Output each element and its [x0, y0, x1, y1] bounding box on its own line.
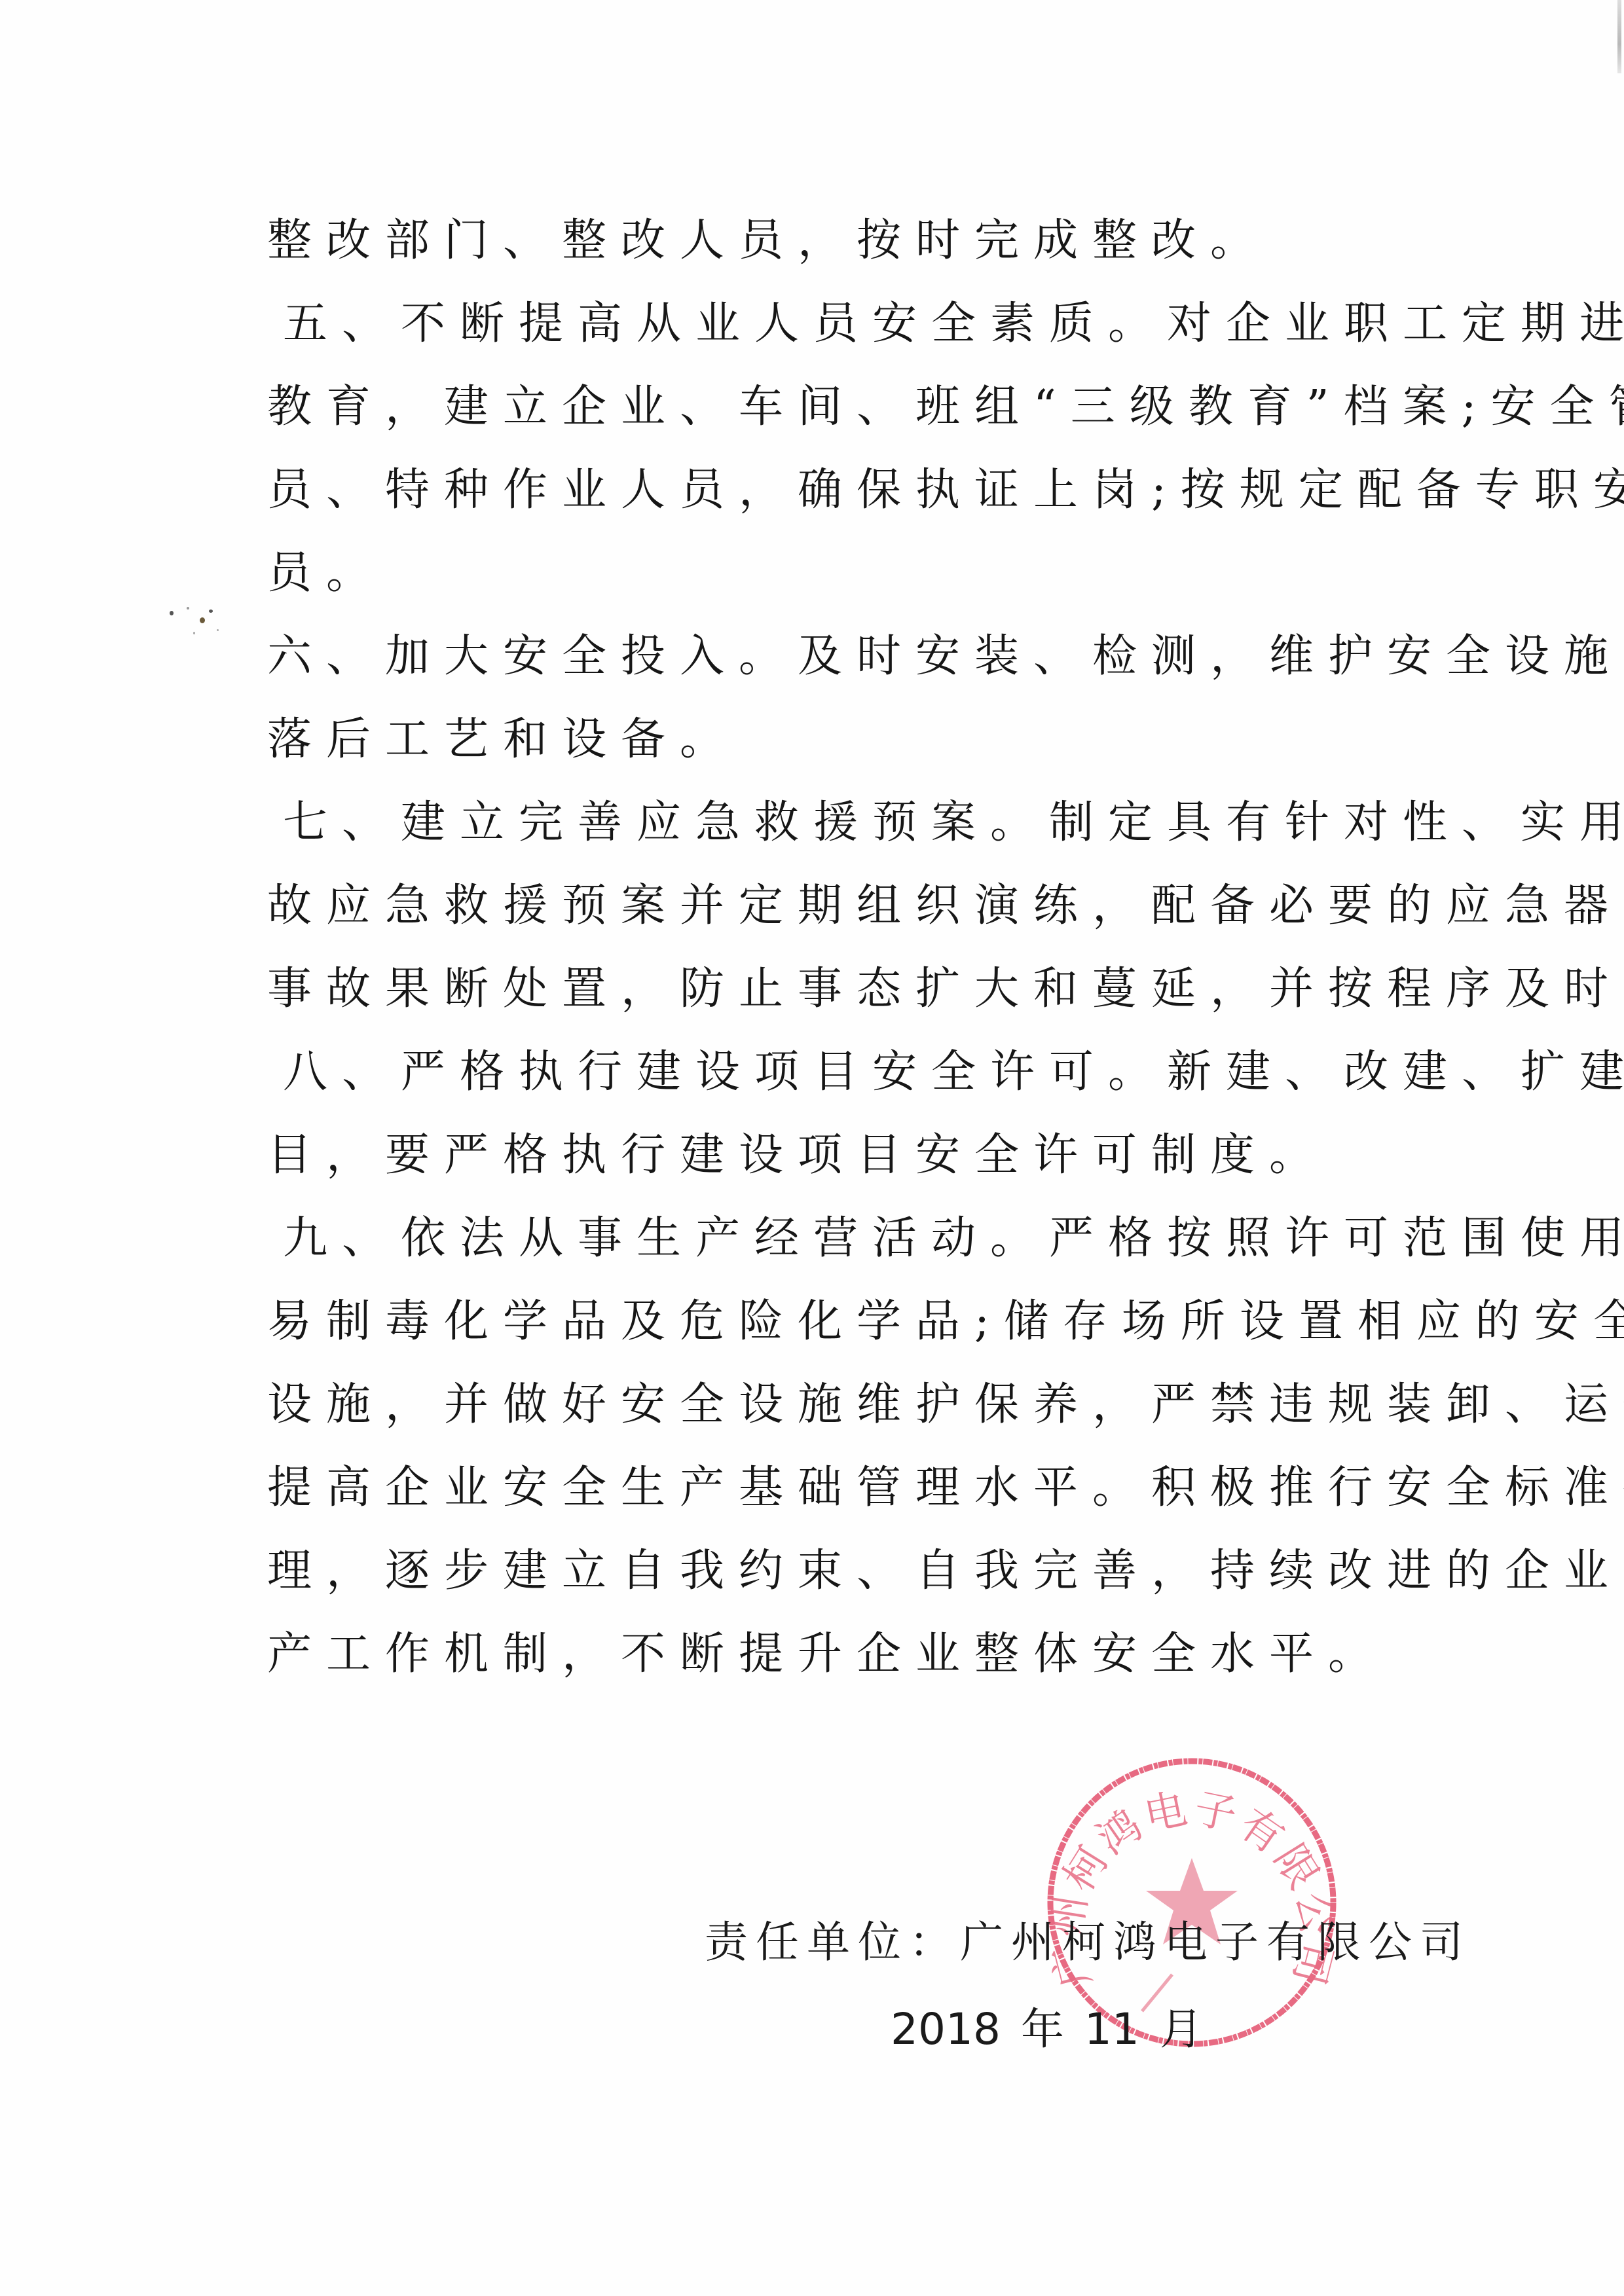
text-line: 设施，并做好安全设施维护保养，严禁违规装卸、运输。 十、 — [267, 1372, 1624, 1438]
text-line: 六、加大安全投入。及时安装、检测，维护安全设施，淘汰 — [267, 624, 1624, 689]
text-line: 整改部门、整改人员，按时完成整改。 — [267, 208, 1269, 274]
text-line: 产工作机制，不断提升企业整体安全水平。 — [267, 1622, 1387, 1687]
responsible-unit: 责任单位：广州柯鸿电子有限公司 — [705, 1913, 1471, 1972]
text-line: 员。 — [267, 541, 385, 606]
text-line: 员、特种作业人员，确保执证上岗;按规定配备专职安管人 — [267, 458, 1624, 523]
scan-artifact — [167, 599, 239, 651]
scan-edge-artifact — [1617, 0, 1621, 73]
text-line: 目，要严格执行建设项目安全许可制度。 — [267, 1123, 1328, 1188]
text-line: 五、不断提高从业人员安全素质。对企业职工定期进行安全 — [283, 291, 1624, 357]
text-line: 理，逐步建立自我约束、自我完善，持续改进的企业安全生 — [267, 1539, 1624, 1604]
company-name: 广州柯鸿电子有限公司 — [960, 1917, 1471, 1967]
text-line: 教育，建立企业、车间、班组“三级教育”档案;安全管理人 — [267, 374, 1624, 440]
text-line: 故应急救援预案并定期组织演练，配备必要的应急器材;发生 — [267, 873, 1624, 939]
text-line: 易制毒化学品及危险化学品;储存场所设置相应的安全防护 — [267, 1289, 1624, 1355]
document-date: 2018 年 11 月 — [891, 2003, 1203, 2056]
text-line: 八、严格执行建设项目安全许可。新建、改建、扩建建设项 — [283, 1040, 1624, 1105]
document-page: 整改部门、整改人员，按时完成整改。 五、不断提高从业人员安全素质。对企业职工定期… — [0, 0, 1624, 2296]
text-line: 提高企业安全生产基础管理水平。积极推行安全标准化管 — [267, 1455, 1624, 1521]
text-line: 落后工艺和设备。 — [267, 707, 739, 773]
responsible-unit-label: 责任单位： — [705, 1917, 960, 1967]
text-line: 九、依法从事生产经营活动。严格按照许可范围使用、储存 — [283, 1206, 1624, 1271]
text-line: 七、建立完善应急救援预案。制定具有针对性、实用性的事 — [283, 790, 1624, 856]
text-line: 事故果断处置，防止事态扩大和蔓延，并按程序及时上报。 — [267, 957, 1624, 1022]
